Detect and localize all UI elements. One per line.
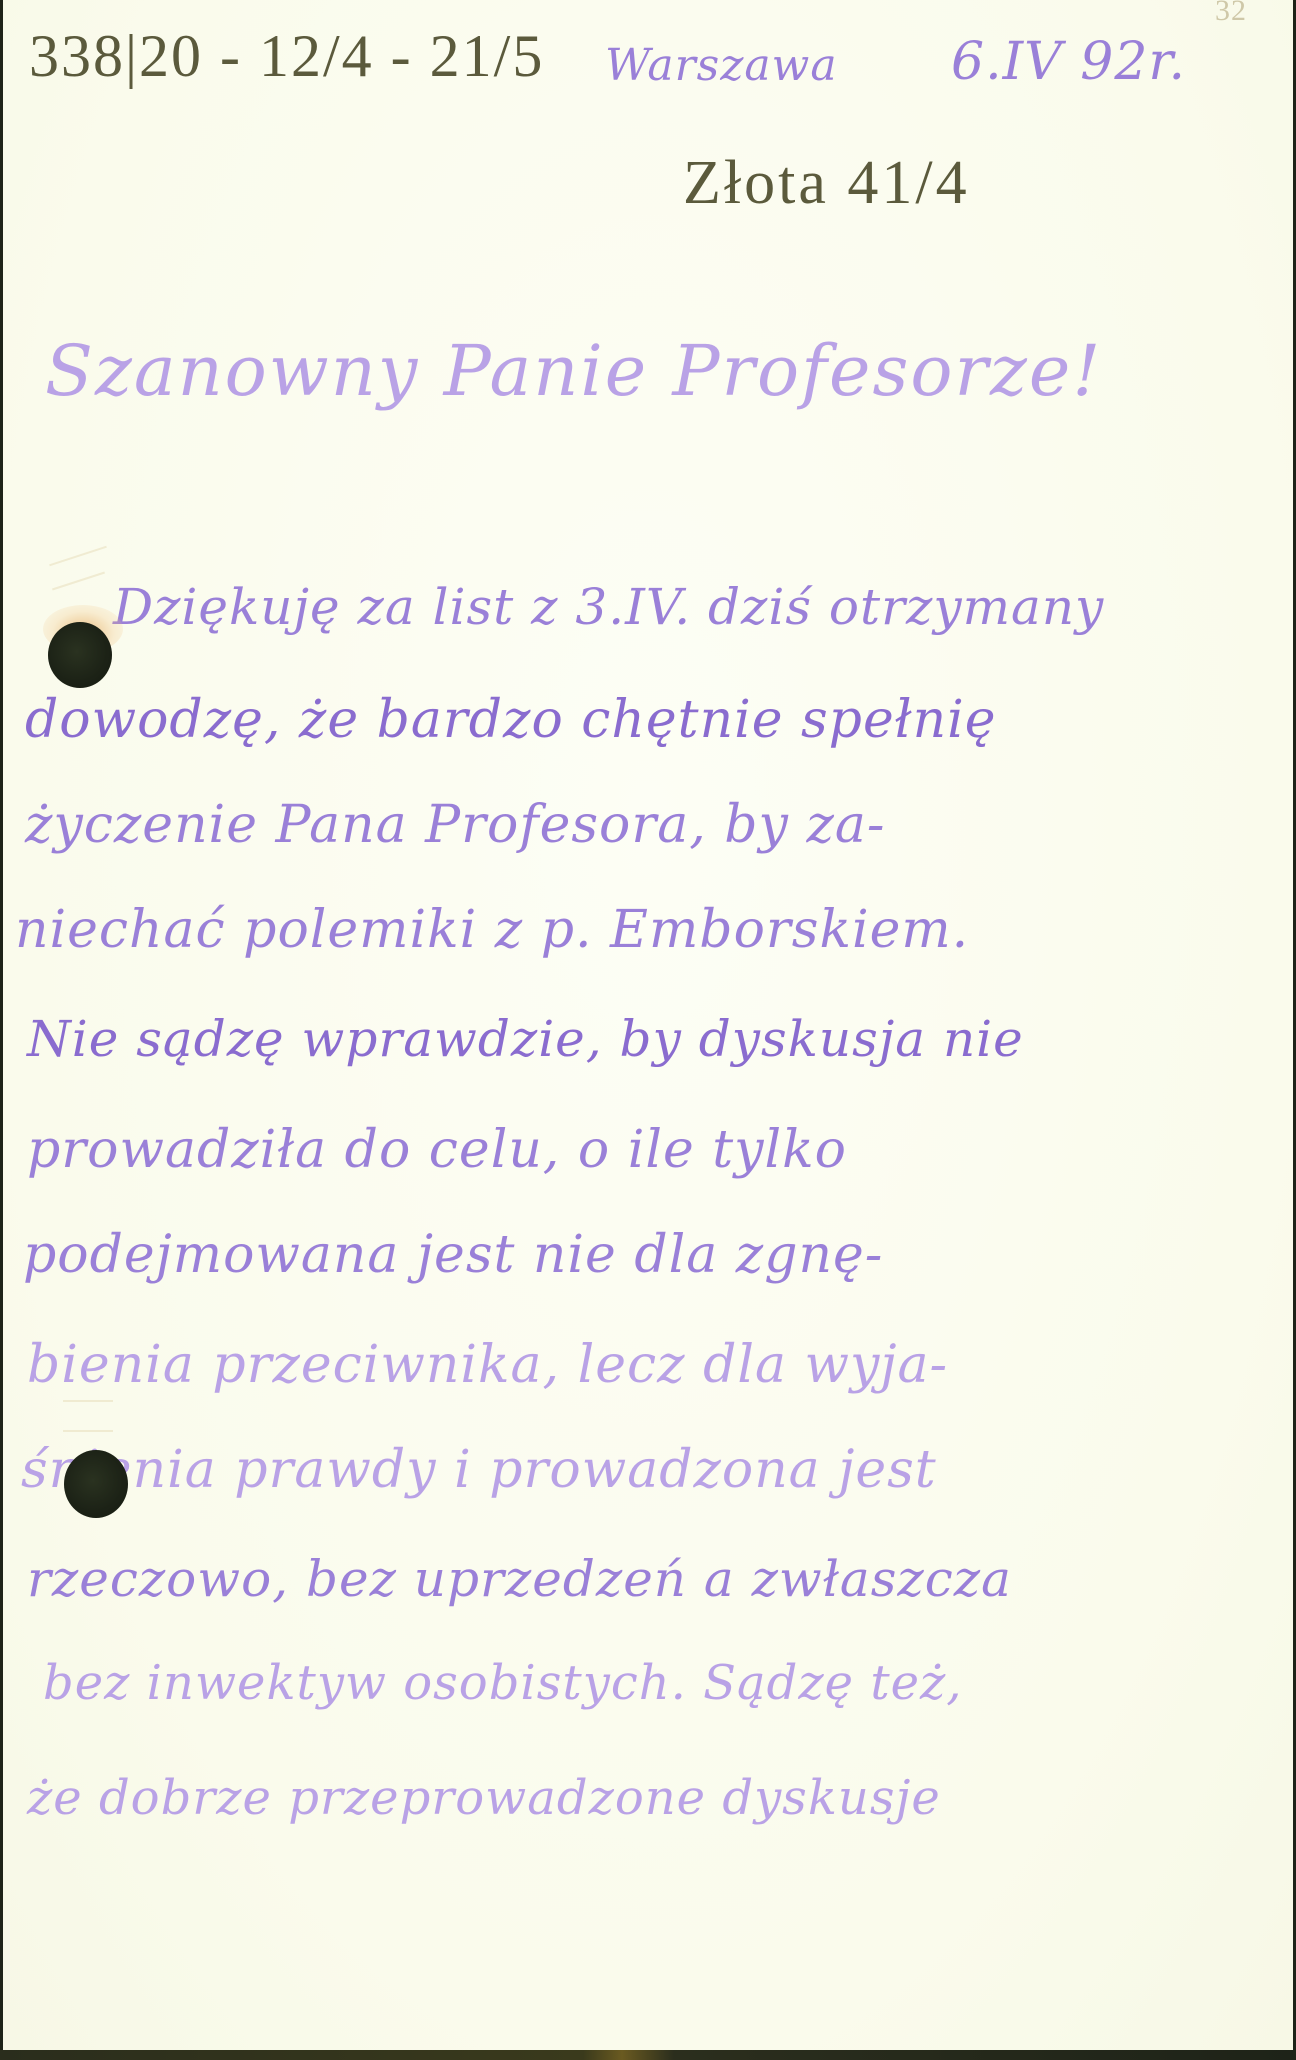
punch-hole [64, 1450, 128, 1518]
body-line: rzeczowo, bez uprzedzeń a zwłaszcza [27, 1550, 1012, 1608]
page-number: 32 [1215, 0, 1247, 28]
body-line: bienia przeciwnika, lecz dla wyja- [27, 1335, 948, 1395]
body-line: śnienia prawdy i prowadzona jest [21, 1440, 937, 1500]
body-line: niechać polemiki z p. Emborskiem. [15, 900, 969, 960]
body-line: że dobrze przeprowadzone dyskusje [27, 1770, 941, 1826]
body-line: podejmowana jest nie dla zgnę- [23, 1225, 883, 1285]
scan-border-bottom [0, 2050, 1296, 2060]
archive-reference: 338|20 - 12/4 - 21/5 [29, 22, 544, 91]
body-line: Nie sądzę wprawdzie, by dyskusja nie [27, 1010, 1024, 1068]
paper-crease [63, 1430, 113, 1432]
punch-hole [48, 622, 112, 688]
paper-crease [63, 1400, 113, 1402]
body-line: życzenie Pana Profesora, by za- [25, 795, 885, 855]
letter-date: 6.IV 92r. [951, 32, 1186, 92]
paper-crease [52, 572, 105, 591]
body-line: bez inwektyw osobistych. Sądzę też, [43, 1655, 963, 1711]
body-line: prowadziła do celu, o ile tylko [27, 1120, 847, 1180]
salutation: Szanowny Panie Profesorze! [45, 330, 1102, 412]
letter-place: Warszawa [605, 40, 838, 91]
paper-crease [49, 546, 107, 566]
body-line: dowodzę, że bardzo chętnie spełnię [25, 690, 997, 750]
archive-address: Złota 41/4 [683, 148, 970, 219]
letter-page: 32 338|20 - 12/4 - 21/5 Warszawa 6.IV 92… [3, 0, 1293, 2052]
body-line: Dziękuję za list z 3.IV. dziś otrzymany [113, 578, 1104, 636]
